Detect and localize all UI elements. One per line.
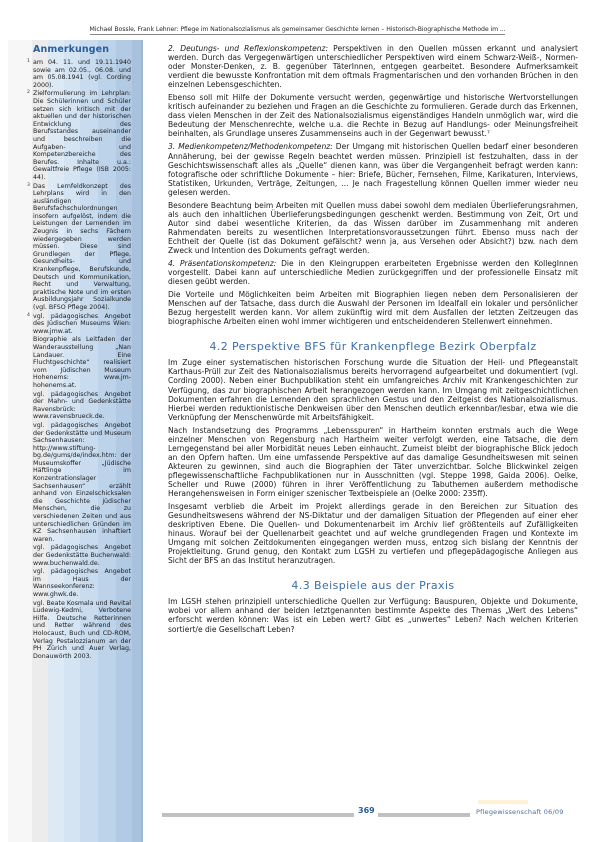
paragraph-text: Der Umgang mit historischen Quellen beda… <box>168 142 578 196</box>
paragraph-lead: 3. Medienkompetenz/Methodenkompetenz: <box>168 142 333 151</box>
paragraph-text: Besondere Beachtung beim Arbeiten mit Qu… <box>168 201 578 255</box>
paragraph-lead: 4. Präsentationskompetenz: <box>168 259 276 268</box>
footer-rule-left <box>162 813 354 817</box>
paragraph: Im LGSH stehen prinzipiell unterschiedli… <box>168 597 578 633</box>
footnote-text: vgl. pädagogisches Angebot der Mahn- und… <box>33 391 131 421</box>
footnote-text: am 04. 11. und 19.11.1940 sowie am 02.05… <box>33 59 131 89</box>
footnote: vgl. pädagogisches Angebot der Gedenkstä… <box>33 544 131 567</box>
footnote: 3Das Lernfeldkonzept des Lehrplans wird … <box>33 183 131 312</box>
paragraph-lead: 2. Deutungs- und Reflexionskompetenz: <box>168 44 328 53</box>
paragraph-text: Ebenso soll mit Hilfe der Dokumente vers… <box>168 93 578 138</box>
running-head-text: Michael Bossle, Frank Lehner: Pflege im … <box>90 26 506 35</box>
sidebar-edge <box>141 40 143 842</box>
footnote-number: 3 <box>27 182 30 190</box>
footnote-number: 2 <box>27 89 30 97</box>
running-head: Michael Bossle, Frank Lehner: Pflege im … <box>0 26 595 33</box>
footnote: vgl. pädagogisches Angebot im Haus der W… <box>33 568 131 598</box>
footnote: Biographie als Leitfaden der Wanderausst… <box>33 336 131 389</box>
journal-name: Pflegewissenschaft 06/09 <box>476 808 564 816</box>
footnote: 2Zielformulierung im Lehrplan: Die Schül… <box>33 90 131 181</box>
paragraph: Besondere Beachtung beim Arbeiten mit Qu… <box>168 201 578 255</box>
paragraph: 3. Medienkompetenz/Methodenkompetenz: De… <box>168 142 578 196</box>
footnote-text: Das Lernfeldkonzept des Lehrplans wird i… <box>33 183 131 312</box>
footnote-text: vgl. pädagogisches Angebot im Haus der W… <box>33 568 131 598</box>
footnote: 1am 04. 11. und 19.11.1940 sowie am 02.0… <box>33 59 131 89</box>
section-heading-4-2: 4.2 Perspektive BFS für Krankenpflege Be… <box>168 340 578 353</box>
footnote-text: vgl. pädagogisches Angebot des Jüdischen… <box>33 313 131 335</box>
paragraph: Insgesamt verblieb die Arbeit im Projekt… <box>168 502 578 565</box>
paragraph: Im Zuge einer systematischen historische… <box>168 358 578 421</box>
footnote: vgl. pädagogisches Angebot der Mahn- und… <box>33 391 131 421</box>
main-text-column: 2. Deutungs- und Reflexionskompetenz: Pe… <box>168 44 578 638</box>
footnote: vgl. Beate Kosmala und Revital Ludewig-K… <box>33 600 131 661</box>
paragraph: Die Vorteile und Möglichkeiten beim Arbe… <box>168 290 578 326</box>
paragraph-text: Die Vorteile und Möglichkeiten beim Arbe… <box>168 290 578 326</box>
paragraph: Ebenso soll mit Hilfe der Dokumente vers… <box>168 93 578 138</box>
footnote-text: Biographie als Leitfaden der Wanderausst… <box>33 336 131 389</box>
footer-rule-right <box>378 813 470 817</box>
paragraph: 2. Deutungs- und Reflexionskompetenz: Pe… <box>168 44 578 89</box>
section-heading-4-3: 4.3 Beispiele aus der Praxis <box>168 579 578 592</box>
paragraph: Nach Instandsetzung des Programms „Leben… <box>168 426 578 498</box>
footnotes-sidebar: Anmerkungen 1am 04. 11. und 19.11.1940 s… <box>33 44 131 661</box>
footer-highlight <box>478 800 528 804</box>
footnote-number: 4 <box>27 312 30 320</box>
notes-title: Anmerkungen <box>33 44 131 55</box>
footnote: vgl. pädagogisches Angebot der Gedenkstä… <box>33 422 131 544</box>
footnote-text: Zielformulierung im Lehrplan: Die Schüle… <box>33 90 131 181</box>
paragraph: 4. Präsentationskompetenz: Die in den Kl… <box>168 259 578 286</box>
footnote: 4vgl. pädagogisches Angebot des Jüdische… <box>33 313 131 336</box>
page-number: 369 <box>358 806 375 815</box>
footnote-text: vgl. pädagogisches Angebot der Gedenkstä… <box>33 422 131 543</box>
footnote-text: vgl. pädagogisches Angebot der Gedenkstä… <box>33 544 131 566</box>
footnote-number: 1 <box>27 58 30 66</box>
footnote-text: vgl. Beate Kosmala und Revital Ludewig-K… <box>33 600 131 660</box>
